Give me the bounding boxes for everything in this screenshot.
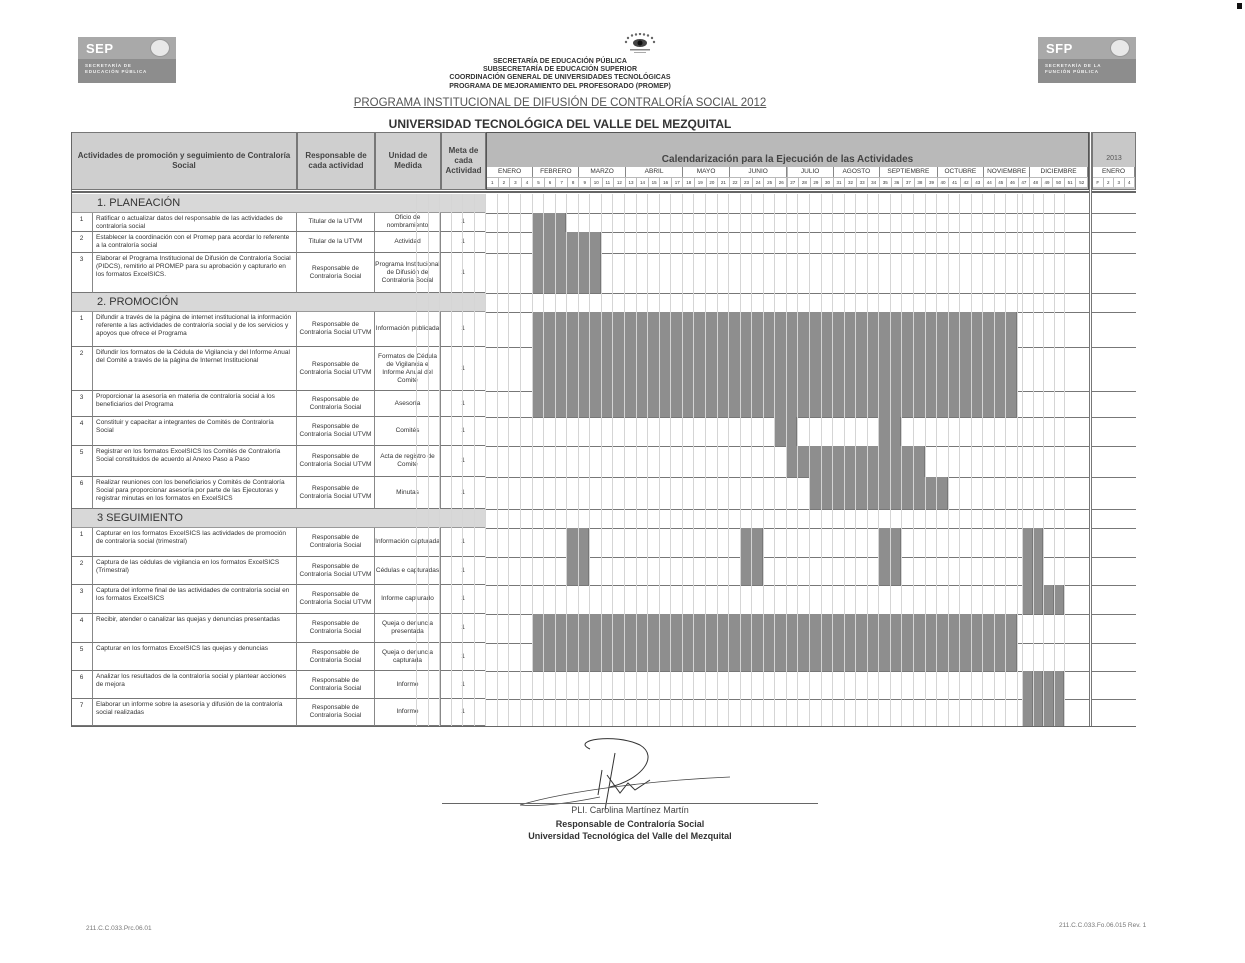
header-divider [71,191,1136,193]
measurement-unit: Oficio de nombramiento [375,213,441,232]
signer-name: PLI. Carolina Martínez Martín [442,804,818,816]
next-year-week: F [1093,178,1104,187]
week-gridline [485,194,486,726]
week-gridline [890,194,891,726]
activity-description: Difundir los formatos de la Cédula de Vi… [93,347,297,391]
measurement-unit: Informe capturado [375,585,441,614]
row-number-text: 2 [80,560,84,568]
responsible-party: Responsable de Contraloría Social [297,671,375,699]
activity-description: Proporcionar la asesoría en materia de c… [93,391,297,417]
week-gridline [1054,194,1055,726]
activity-description-text: Proporcionar la asesoría en materia de c… [96,393,293,409]
table-border-left [71,132,72,726]
activity-goal: 1 [441,528,486,557]
responsible-party-text: Responsable de Contraloría Social UTVM [297,453,374,469]
measurement-unit: Programa Institucional de Difusión de Co… [375,253,441,293]
week-number: 52 [1076,178,1088,187]
week-number: 5 [533,178,545,187]
week-number: 12 [614,178,626,187]
week-number: 2 [499,178,511,187]
row-number-text: 1 [80,216,84,224]
measurement-unit: Minutas [375,477,441,509]
week-number: 27 [788,178,800,187]
activity-goal: 1 [441,253,486,293]
week-gridline [612,194,613,726]
scheduled-week-bar-2013 [1054,671,1065,699]
section-header: 1. PLANEACIÓN [71,194,486,213]
month-label: MAYO [683,167,729,177]
week-gridline [809,194,810,726]
activity-description-text: Elaborar un informe sobre la asesoría y … [96,701,293,717]
week-gridline [751,194,752,726]
row-number: 2 [71,347,93,391]
responsible-party: Responsable de Contraloría Social UTVM [297,312,375,347]
measurement-unit: Información capturada [375,528,441,557]
responsible-party-text: Titular de la UTVM [309,218,363,226]
measurement-unit-text: Programa Institucional de Difusión de Co… [375,261,440,285]
week-number: 7 [556,178,568,187]
measurement-unit-text: Formatos de Cédula de Vigilancia e Infor… [375,353,440,385]
responsible-party-text: Responsable de Contraloría Social [297,677,374,693]
activity-description: Registrar en los formatos ExcelSICS los … [93,446,297,477]
week-gridline [936,194,937,726]
header-line: PROGRAMA DE MEJORAMIENTO DEL PROFESORADO… [330,83,790,91]
month-label: NOVIEMBRE [984,167,1030,177]
activity-description-text: Capturar en los formatos ExcelSICS las a… [96,530,293,546]
university-title: UNIVERSIDAD TECNOLÓGICA DEL VALLE DEL ME… [330,117,790,131]
measurement-unit-text: Informe capturado [381,595,434,603]
measurement-unit-text: Información publicada [376,325,440,333]
week-gridline [474,194,475,726]
week-number: 38 [915,178,927,187]
mexico-seal-icon [1110,39,1130,57]
measurement-unit: Formatos de Cédula de Vigilancia e Infor… [375,347,441,391]
activity-description: Capturar en los formatos ExcelSICS las q… [93,643,297,671]
measurement-unit: Acta de registro de Comité [375,446,441,477]
week-number: 36 [892,178,904,187]
week-gridline [832,194,833,726]
week-number: 14 [637,178,649,187]
week-gridline [740,194,741,726]
activity-goal: 1 [441,417,486,446]
week-number: 23 [741,178,753,187]
table-row: 4Recibir, atender o canalizar las quejas… [71,614,1136,643]
scheduled-week-bar-2013 [1033,699,1044,726]
month-label: JUNIO [730,167,788,177]
week-number: 35 [880,178,892,187]
activity-goal: 1 [441,699,486,726]
next-year-label: 2013 [1093,155,1135,162]
table-border-bottom [71,726,1136,727]
table-row: 1Difundir a través de la página de inter… [71,312,1136,347]
week-gridline [428,194,429,726]
table-row: 5Capturar en los formatos ExcelSICS las … [71,643,1136,671]
activity-goal: 1 [441,585,486,614]
table-row: 5Registrar en los formatos ExcelSICS los… [71,446,1136,477]
week-number: 48 [1030,178,1042,187]
row-number: 6 [71,477,93,509]
col-header-goal: Meta de cada Actividad [441,132,486,190]
week-number: 51 [1065,178,1077,187]
next-year-week: 2 [1104,178,1115,187]
responsible-party-text: Responsable de Contraloría Social UTVM [297,423,374,439]
activity-description: Capturar en los formatos ExcelSICS las a… [93,528,297,557]
table-row: 3Captura del informe final de las activi… [71,585,1136,614]
row-number-text: 3 [80,256,84,264]
responsible-party-text: Responsable de Contraloría Social [297,649,374,665]
responsible-party-text: Responsable de Contraloría Social [297,396,374,412]
next-year-month-label: ENERO [1093,167,1135,177]
header-line: COORDINACIÓN GENERAL DE UNIVERSIDADES TE… [330,74,790,82]
table-row: 6Analizar los resultados de la contralor… [71,671,1136,699]
table-row: 1Ratificar o actualizar datos del respon… [71,213,1136,232]
week-gridline [948,194,949,726]
week-number: 22 [730,178,742,187]
footer-code-left: 211.C.C.033.Prc.06.01 [86,925,152,932]
responsible-party-text: Responsable de Contraloría Social [297,704,374,720]
activity-description-text: Difundir los formatos de la Cédula de Vi… [96,349,293,365]
activity-description: Elaborar un informe sobre la asesoría y … [93,699,297,726]
scan-mark [1237,3,1242,9]
row-number-text: 6 [80,674,84,682]
week-gridline [636,194,637,726]
week-gridline [1043,194,1044,726]
next-year-header: 2013 ENEROF234 [1092,132,1136,190]
measurement-unit-text: Información capturada [375,538,440,546]
responsible-party: Responsable de Contraloría Social UTVM [297,557,375,585]
week-number: 40 [938,178,950,187]
activity-goal: 1 [441,391,486,417]
responsible-party-text: Responsable de Contraloría Social [297,620,374,636]
responsible-party-text: Responsable de Contraloría Social [297,534,374,550]
activity-description-text: Captura de las cédulas de vigilancia en … [96,559,293,575]
week-number: 1 [487,178,499,187]
measurement-unit: Informe [375,671,441,699]
measurement-unit: Informe [375,699,441,726]
activity-goal: 1 [441,213,486,232]
week-number: 45 [996,178,1008,187]
month-label: MARZO [579,167,625,177]
row-number-text: 1 [80,315,84,323]
week-gridline [451,194,452,726]
activity-goal: 1 [441,347,486,391]
activity-description-text: Recibir, atender o canalizar las quejas … [96,616,280,624]
section-header: 3 SEGUIMIENTO [71,509,486,528]
activity-goal: 1 [441,557,486,585]
row-number: 5 [71,446,93,477]
row-number: 4 [71,614,93,643]
table-row: 4Constituir y capacitar a integrantes de… [71,417,1136,446]
scheduled-week-bar [532,213,567,232]
week-number: 42 [961,178,973,187]
activity-description: Analizar los resultados de la contralorí… [93,671,297,699]
sep-abbr: SEP [86,41,114,56]
scheduled-week-bar-2013 [1022,671,1033,699]
week-gridline [624,194,625,726]
measurement-unit-text: Acta de registro de Comité [375,453,440,469]
week-gridline [1005,194,1006,726]
responsible-party: Responsable de Contraloría Social [297,391,375,417]
row-number-text: 2 [80,350,84,358]
week-gridline [416,194,417,726]
table-row: 7Elaborar un informe sobre la asesoría y… [71,699,1136,726]
row-number-text: 7 [80,702,84,710]
responsible-party: Responsable de Contraloría Social [297,643,375,671]
week-gridline [439,194,440,726]
scheduled-week-bar-2013 [1033,528,1044,557]
measurement-unit: Queja o denuncia presentada [375,614,441,643]
week-gridline [959,194,960,726]
week-number: 4 [522,178,534,187]
activity-description: Difundir a través de la página de intern… [93,312,297,347]
activity-description-text: Analizar los resultados de la contralorí… [96,673,293,689]
week-gridline [693,194,694,726]
week-gridline [659,194,660,726]
responsible-party-text: Responsable de Contraloría Social UTVM [297,485,374,501]
sfp-logo: SFP SECRETARÍA DE LA FUNCIÓN PÚBLICA [1038,37,1136,83]
table-row: 3Proporcionar la asesoría en materia de … [71,391,1136,417]
week-gridline [844,194,845,726]
schedule-table: Actividades de promoción y seguimiento d… [71,132,1136,731]
week-gridline [982,194,983,726]
responsible-party: Titular de la UTVM [297,232,375,253]
row-number-text: 3 [80,588,84,596]
responsible-party: Responsable de Contraloría Social UTVM [297,446,375,477]
month-label: OCTUBRE [938,167,984,177]
week-number: 31 [834,178,846,187]
program-title: PROGRAMA INSTITUCIONAL DE DIFUSIÓN DE CO… [330,97,790,109]
scheduled-week-bar-2013 [1054,699,1065,726]
activity-description: Constituir y capacitar a integrantes de … [93,417,297,446]
week-gridline [867,194,868,726]
activity-goal: 1 [441,446,486,477]
signer-role-title: Responsable de Contraloría Social [442,818,818,830]
scheduled-week-bar-2013 [1022,557,1033,585]
calendar-header: Calendarización para la Ejecución de las… [486,132,1089,190]
week-number: 18 [683,178,695,187]
row-number: 5 [71,643,93,671]
sep-name-line2: EDUCACIÓN PÚBLICA [85,69,169,75]
activity-description: Realizar reuniones con los beneficiarios… [93,477,297,509]
col-header-responsible: Responsable de cada actividad [297,132,375,190]
activity-goal: 1 [441,477,486,509]
week-number: 24 [753,178,765,187]
week-number: 11 [603,178,615,187]
week-gridline [1017,194,1018,726]
week-gridline [994,194,995,726]
col-header-unit: Unidad de Medida [375,132,441,190]
activity-goal: 1 [441,232,486,253]
week-number: 10 [591,178,603,187]
week-gridline [821,194,822,726]
measurement-unit: Queja o denuncia capturada [375,643,441,671]
activity-description-text: Constituir y capacitar a integrantes de … [96,419,293,435]
sep-logo: SEP SECRETARÍA DE EDUCACIÓN PÚBLICA [78,37,176,83]
row-number: 6 [71,671,93,699]
scheduled-week-bar-2013 [1054,585,1065,614]
calendar-title: Calendarización para la Ejecución de las… [487,154,1088,165]
signer-role: Responsable de Contraloría Social Univer… [442,818,818,842]
table-row: 3Elaborar el Programa Institucional de D… [71,253,1136,293]
activity-description-text: Difundir a través de la página de intern… [96,314,293,338]
week-gridline [855,194,856,726]
row-number-text: 2 [80,235,84,243]
responsible-party: Responsable de Contraloría Social [297,528,375,557]
responsible-party: Responsable de Contraloría Social UTVM [297,585,375,614]
measurement-unit: Comités [375,417,441,446]
responsible-party-text: Titular de la UTVM [309,238,363,246]
activity-description-text: Captura del informe final de las activid… [96,587,293,603]
scheduled-week-bar-2013 [1043,671,1054,699]
week-number: 25 [764,178,776,187]
footer-code-right: 211.C.C.033.Fo.06.015 Rev. 1 [1059,922,1146,929]
week-gridline [462,194,463,726]
week-gridline [555,194,556,726]
row-divider [486,509,1136,510]
next-year-week: 3 [1114,178,1125,187]
week-number: 37 [903,178,915,187]
week-gridline [647,194,648,726]
week-gridline [1064,194,1065,726]
row-number-text: 1 [80,531,84,539]
week-number: 50 [1053,178,1065,187]
responsible-party-text: Responsable de Contraloría Social UTVM [297,591,374,607]
responsible-party: Responsable de Contraloría Social [297,699,375,726]
week-number: 15 [649,178,661,187]
table-row: 2Difundir los formatos de la Cédula de V… [71,347,1136,391]
week-number: 21 [718,178,730,187]
week-number: 17 [672,178,684,187]
activity-description: Recibir, atender o canalizar las quejas … [93,614,297,643]
scheduled-week-bar-2013 [1043,699,1054,726]
activity-description: Elaborar el Programa Institucional de Di… [93,253,297,293]
week-gridline [578,194,579,726]
row-divider [486,293,1136,294]
sfp-name-line2: FUNCIÓN PÚBLICA [1045,69,1129,75]
measurement-unit: Cédulas e capturadas [375,557,441,585]
activity-description-text: Realizar reuniones con los beneficiarios… [96,479,293,503]
week-gridline [901,194,902,726]
row-number: 7 [71,699,93,726]
week-number: 28 [799,178,811,187]
week-gridline [878,194,879,726]
week-number: 39 [926,178,938,187]
week-gridline [925,194,926,726]
contraloria-social-emblem-icon [620,33,660,55]
month-label: ABRIL [626,167,684,177]
week-gridline [497,194,498,726]
week-number: 29 [811,178,823,187]
scheduled-week-bar-2013 [1022,528,1033,557]
measurement-unit-text: Queja o denuncia presentada [375,620,440,636]
row-number-text: 6 [80,480,84,488]
month-label: ENERO [487,167,533,177]
week-number: 9 [579,178,591,187]
institution-header: SECRETARÍA DE EDUCACIÓN PÚBLICA SUBSECRE… [330,58,790,91]
week-gridline [1033,194,1034,726]
month-label: AGOSTO [834,167,880,177]
measurement-unit-text: Oficio de nombramiento [375,214,440,230]
week-gridline [728,194,729,726]
week-number: 19 [695,178,707,187]
week-gridline [532,194,533,726]
month-label: JULIO [788,167,834,177]
activity-goal: 1 [441,643,486,671]
measurement-unit: Actividad [375,232,441,253]
sfp-abbr: SFP [1046,41,1073,56]
row-number: 1 [71,213,93,232]
scheduled-week-bar-2013 [1033,557,1044,585]
week-number: 8 [568,178,580,187]
col-header-activity: Actividades de promoción y seguimiento d… [71,132,297,190]
activity-description-text: Establecer la coordinación con el Promep… [96,234,293,250]
responsible-party-text: Responsable de Contraloría Social UTVM [297,361,374,377]
measurement-unit: Información publicada [375,312,441,347]
signature-scribble [510,735,740,810]
week-number: 16 [660,178,672,187]
table-row: 6Realizar reuniones con los beneficiario… [71,477,1136,509]
row-number: 2 [71,232,93,253]
responsible-party-text: Responsable de Contraloría Social [297,265,374,281]
responsible-party: Titular de la UTVM [297,213,375,232]
scheduled-week-bar-2013 [1022,585,1033,614]
week-number: 41 [949,178,961,187]
row-number-text: 4 [80,420,84,428]
week-number: 43 [972,178,984,187]
measurement-unit-text: Queja o denuncia capturada [375,649,440,665]
week-number: 26 [776,178,788,187]
responsible-party-text: Responsable de Contraloría Social UTVM [297,321,374,337]
week-gridline [705,194,706,726]
responsible-party: Responsable de Contraloría Social UTVM [297,347,375,391]
week-number: 33 [857,178,869,187]
row-number-text: 4 [80,617,84,625]
week-gridline [717,194,718,726]
scheduled-week-bar-2013 [1043,585,1054,614]
scheduled-week-bar-2013 [1033,585,1044,614]
week-gridline [913,194,914,726]
week-number: 44 [984,178,996,187]
row-number: 2 [71,557,93,585]
week-gridline [508,194,509,726]
activity-description: Captura de las cédulas de vigilancia en … [93,557,297,585]
week-gridline [682,194,683,726]
month-label: FEBRERO [533,167,579,177]
table-row: 2Captura de las cédulas de vigilancia en… [71,557,1136,585]
week-gridline [774,194,775,726]
activity-goal: 1 [441,614,486,643]
week-gridline [971,194,972,726]
scheduled-week-bar-2013 [1022,699,1033,726]
row-number-text: 5 [80,449,84,457]
week-gridline [543,194,544,726]
week-gridline [601,194,602,726]
activity-description: Ratificar o actualizar datos del respons… [93,213,297,232]
week-number: 47 [1019,178,1031,187]
row-number: 1 [71,528,93,557]
responsible-party-text: Responsable de Contraloría Social UTVM [297,563,374,579]
responsible-party: Responsable de Contraloría Social [297,614,375,643]
scheduled-week-bar-2013 [1033,671,1044,699]
table-row: 1Capturar en los formatos ExcelSICS las … [71,528,1136,557]
row-number: 3 [71,391,93,417]
section-header: 2. PROMOCIÓN [71,293,486,312]
week-gridline [566,194,567,726]
week-gridline [786,194,787,726]
week-number: 32 [845,178,857,187]
week-number: 3 [510,178,522,187]
measurement-unit: Asesoría [375,391,441,417]
